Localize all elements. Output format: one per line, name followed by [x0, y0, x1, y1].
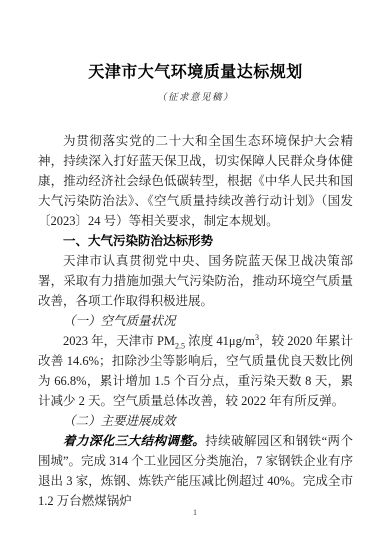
document-body: 为贯彻落实党的二十大和全国生态环境保护大会精神，持续深入打好蓝天保卫战，切实保障…	[38, 131, 353, 511]
document-page: 天津市大气环境质量达标规划 （征求意见稿） 为贯彻落实党的二十大和全国生态环境保…	[0, 0, 390, 551]
paragraph-overview: 天津市认真贯彻党中央、国务院蓝天保卫战决策部署，采取有力措施加强大气污染防治，推…	[38, 251, 353, 311]
subsection-heading-main-progress: （二）主要进展成效	[38, 411, 353, 431]
paragraph-air-quality: 2023 年，天津市 PM2.5 浓度 41μg/m3，较 2020 年累计改善…	[38, 331, 353, 411]
subsection-heading-air-quality-status: （一）空气质量状况	[38, 311, 353, 331]
air-quality-text-segment: 浓度 41μg/m	[185, 334, 255, 348]
paragraph-lead-structural-adjustment: 着力深化三大结构调整。	[63, 434, 205, 448]
paragraph-structural-adjustment: 着力深化三大结构调整。持续破解园区和钢铁“两个围城”。完成 314 个工业园区分…	[38, 431, 353, 511]
air-quality-text-segment: 2023 年，天津市 PM	[63, 334, 175, 348]
page-number: 1	[0, 508, 390, 517]
paragraph-intro: 为贯彻落实党的二十大和全国生态环境保护大会精神，持续深入打好蓝天保卫战，切实保障…	[38, 131, 353, 231]
section-heading-pollution-control: 一、大气污染防治达标形势	[38, 231, 353, 251]
pm25-subscript: 2.5	[175, 342, 185, 351]
document-subtitle: （征求意见稿）	[38, 92, 353, 104]
document-title: 天津市大气环境质量达标规划	[38, 62, 353, 84]
